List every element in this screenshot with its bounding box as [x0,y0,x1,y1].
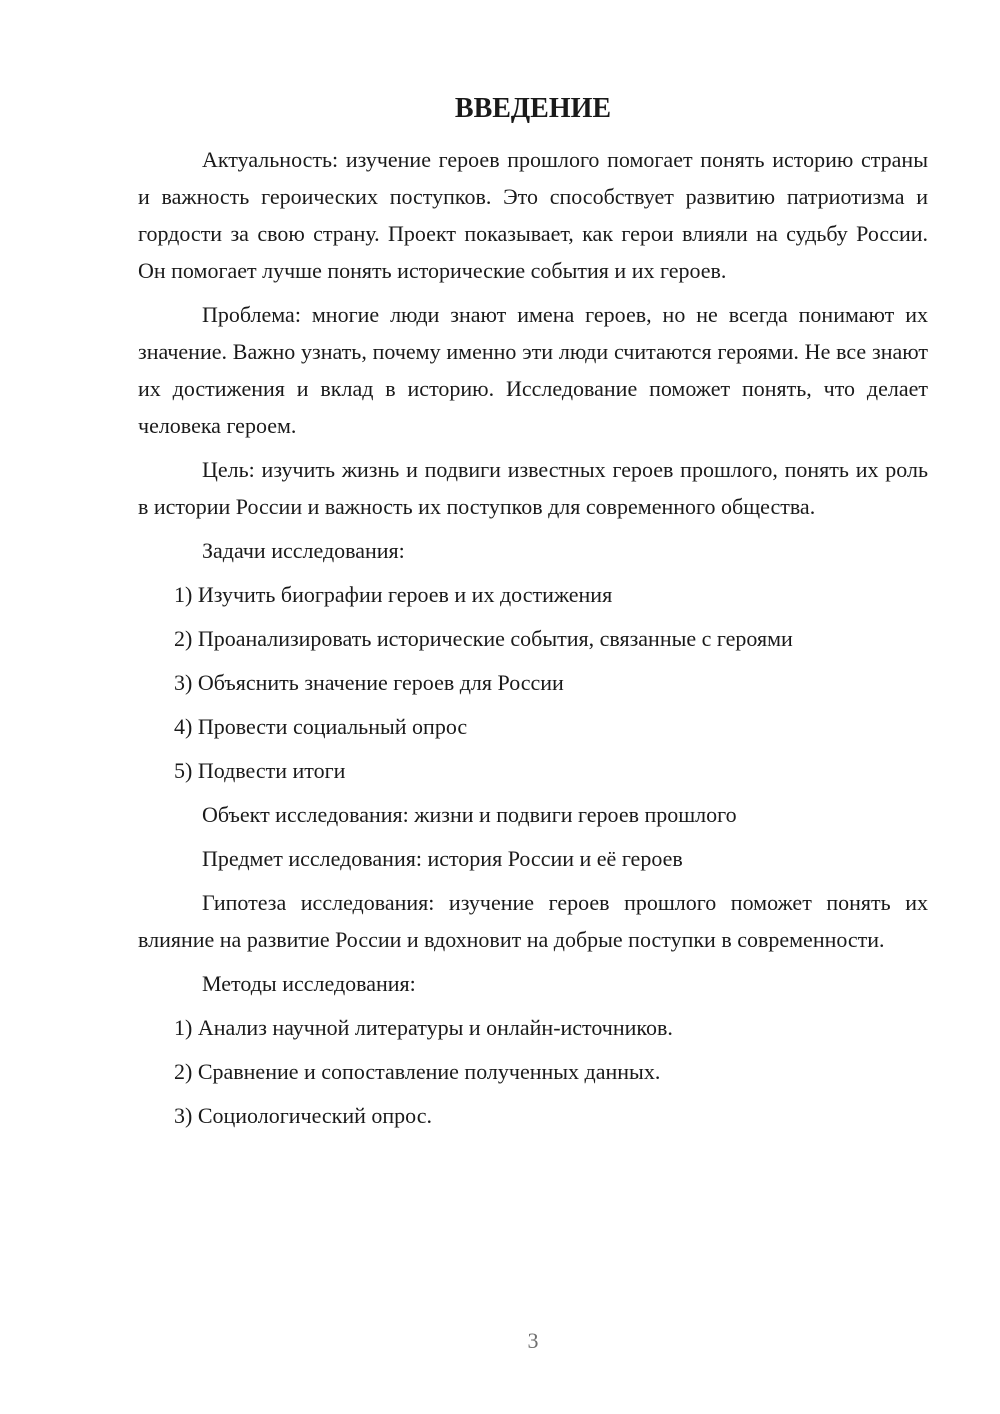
task-item-2: 2) Проанализировать исторические события… [138,620,928,657]
paragraph-goal: Цель: изучить жизнь и подвиги известных … [138,451,928,525]
method-item-3: 3) Социологический опрос. [138,1097,928,1134]
paragraph-hypothesis: Гипотеза исследования: изучение героев п… [138,884,928,958]
page-title: ВВЕДЕНИЕ [138,90,928,127]
task-item-5: 5) Подвести итоги [138,752,928,789]
task-item-1: 1) Изучить биографии героев и их достиже… [138,576,928,613]
method-item-2: 2) Сравнение и сопоставление полученных … [138,1053,928,1090]
page-number: 3 [138,1326,928,1356]
paragraph-relevance: Актуальность: изучение героев прошлого п… [138,141,928,289]
label-methods: Методы исследования: [138,965,928,1002]
task-item-4: 4) Провести социальный опрос [138,708,928,745]
paragraph-subject: Предмет исследования: история России и е… [138,840,928,877]
task-item-3: 3) Объяснить значение героев для России [138,664,928,701]
method-item-1: 1) Анализ научной литературы и онлайн-ис… [138,1009,928,1046]
paragraph-problem: Проблема: многие люди знают имена героев… [138,296,928,444]
paragraph-object: Объект исследования: жизни и подвиги гер… [138,796,928,833]
label-tasks: Задачи исследования: [138,532,928,569]
document-page: ВВЕДЕНИЕ Актуальность: изучение героев п… [0,0,1000,1414]
